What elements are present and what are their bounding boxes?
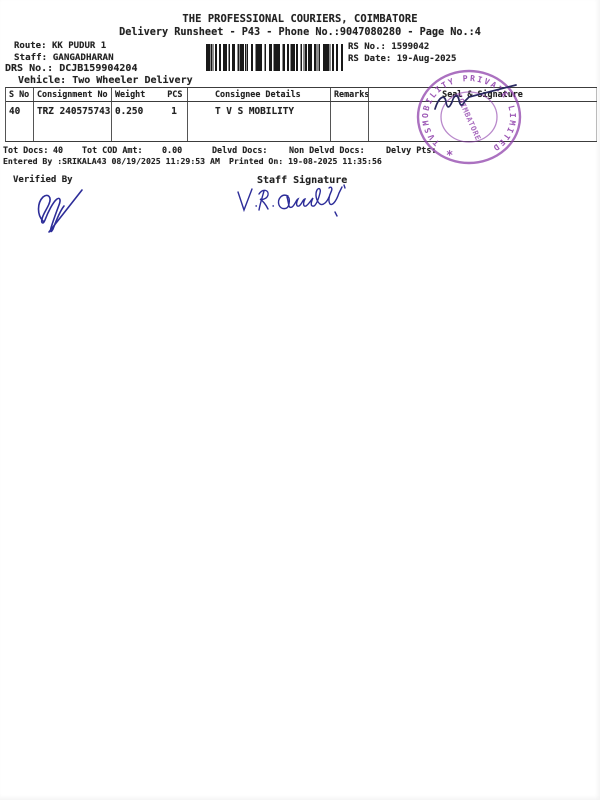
header-weight-pcs: WeightPCS [112, 88, 188, 101]
document-title: THE PROFESSIONAL COURIERS, COIMBATORE [0, 13, 600, 25]
route-value: KK PUDUR 1 [52, 41, 106, 51]
staff-line: Staff: GANGADHARAN [14, 52, 114, 63]
cell-consignment-no: TRZ 240575743 [34, 102, 112, 141]
header-s-no: S No [6, 88, 34, 101]
cell-remarks [331, 102, 369, 141]
tot-docs-label: Tot Docs: [3, 145, 48, 155]
verified-by-signature-ink [30, 187, 90, 235]
printed-on: Printed On: 19-08-2025 11:35:56 [229, 156, 382, 166]
rs-date-label: RS Date: [348, 54, 391, 64]
scanned-runsheet-document: THE PROFESSIONAL COURIERS, COIMBATORE De… [0, 0, 600, 800]
staff-signature-ink [233, 184, 353, 220]
route-line: Route: KK PUDUR 1 [14, 41, 106, 51]
route-label: Route: [14, 41, 47, 51]
vehicle-value: Two Wheeler Delivery [72, 75, 192, 86]
rs-date-line: RS Date: 19-Aug-2025 [348, 54, 456, 64]
drs-value: DCJB159904204 [59, 63, 137, 74]
header-weight: Weight [115, 89, 145, 99]
rs-no-value: 1599042 [391, 42, 429, 52]
cell-pcs: 1 [171, 106, 177, 117]
non-delvd-docs-label: Non Delvd Docs: [289, 145, 365, 155]
staff-value: GANGADHARAN [53, 52, 114, 63]
header-consignment-no: Consignment No [34, 88, 112, 101]
seal-signature-scribble [430, 80, 522, 116]
tot-docs-value: 40 [53, 145, 63, 155]
rs-no-line: RS No.: 1599042 [348, 42, 429, 52]
drs-line: DRS No.: DCJB159904204 [5, 63, 137, 74]
cell-weight: 0.250 [115, 106, 143, 117]
cell-consignee: T V S MOBILITY [188, 102, 331, 141]
header-pcs: PCS [167, 89, 182, 99]
drs-barcode [206, 44, 343, 71]
cell-s-no: 40 [6, 102, 34, 141]
verified-by-label: Verified By [13, 175, 73, 185]
stamp-star: * [446, 148, 453, 162]
rs-no-label: RS No.: [348, 42, 386, 52]
vehicle-line: Vehicle: Two Wheeler Delivery [18, 75, 193, 86]
drs-label: DRS No.: [5, 63, 53, 74]
tot-cod-label: Tot COD Amt: [82, 145, 143, 155]
vehicle-label: Vehicle: [18, 75, 66, 86]
entered-by: Entered By :SRIKALA43 08/19/2025 11:29:5… [3, 156, 220, 166]
tot-cod-value: 0.00 [162, 145, 182, 155]
header-consignee-details: Consignee Details [188, 88, 331, 101]
header-remarks: Remarks [331, 88, 369, 101]
delvd-docs-label: Delvd Docs: [212, 145, 267, 155]
rs-date-value: 19-Aug-2025 [397, 54, 457, 64]
staff-label: Staff: [14, 52, 47, 63]
cell-weight-pcs: 0.2501 [112, 102, 188, 141]
document-subtitle: Delivery Runsheet - P43 - Phone No.:9047… [0, 27, 600, 38]
